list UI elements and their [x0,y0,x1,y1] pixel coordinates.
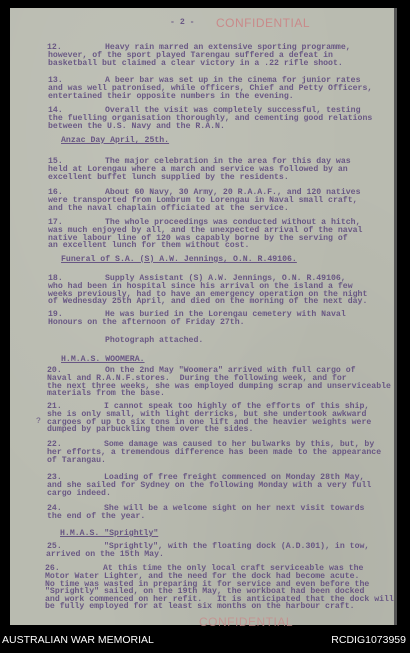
paragraph-body: the fuelling organisation thoroughly, an… [48,115,372,130]
paragraph-body: however, of the sport played Tarengau su… [48,52,343,67]
paragraph-body: Honours on the afternoon of Friday 27th. [48,319,245,327]
section-heading-woomera: H.M.A.S. WOOMERA. [61,355,145,364]
footer-record-id: RCDIG1073959 [331,634,406,646]
paragraph-body: were transported from Lombrum to Lorenga… [48,197,358,212]
paragraph-body: she is only small, with light derricks, … [47,411,371,434]
section-heading-funeral: Funeral of S.A. (S) A.W. Jennings, O.N. … [61,255,297,264]
confidential-stamp-bottom: CONFIDENTIAL [199,615,293,629]
confidential-stamp-top: CONFIDENTIAL [216,16,310,30]
paragraph-body: the end of the year. [47,513,145,521]
document-page: - 2 - CONFIDENTIAL 12. Heavy rain marred… [10,8,397,625]
paragraph-body: was much enjoyed by all, and the unexpec… [48,227,362,250]
paragraph-body: her efforts, a tremendous difference has… [47,449,381,464]
margin-question-mark: ? [36,418,41,426]
paragraph-body: Motor Water Lighter, and the need for th… [45,573,394,611]
section-heading-sprightly: H.M.A.S. "Sprightly" [60,529,158,538]
photograph-attached-note: Photograph attached. [105,337,203,345]
paragraph-body: held at Lorengau where a march and servi… [48,166,348,181]
footer-institution: AUSTRALIAN WAR MEMORIAL [2,634,154,646]
section-heading-anzac-day: Anzac Day April, 25th. [61,136,169,145]
page-number: - 2 - [170,18,195,27]
paragraph-body: who had been in hospital since his arriv… [48,283,367,306]
paragraph-body: Naval and R.A.N.F.stores. During the fol… [47,375,391,398]
paragraph-body: and she sailed for Sydney on the followi… [47,482,371,497]
paragraph-body: arrived on the 15th May. [46,551,164,559]
paragraph-body: and was well patronised, while officers,… [48,85,372,100]
